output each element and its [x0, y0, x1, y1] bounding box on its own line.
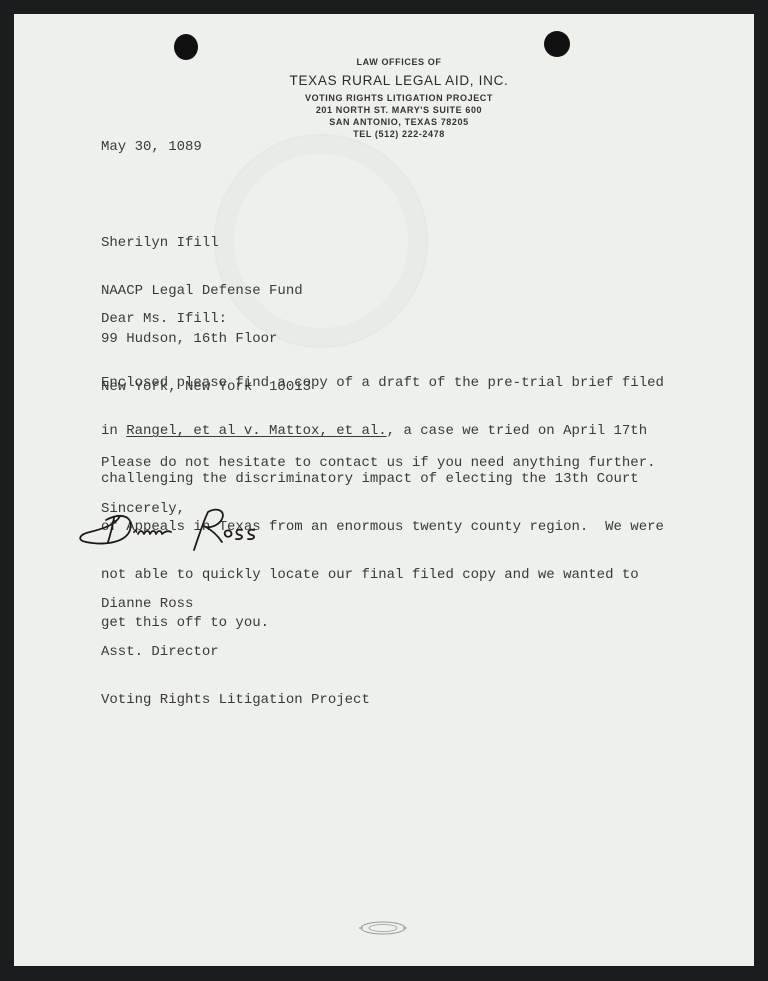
recipient-name: Sherilyn Ifill	[101, 235, 311, 251]
recipient-organization: NAACP Legal Defense Fund	[101, 283, 311, 299]
signer-name: Dianne Ross	[101, 596, 370, 612]
signature-block: Dianne Ross Asst. Director Voting Rights…	[101, 564, 370, 740]
letterhead-law-offices: LAW OFFICES OF	[44, 56, 754, 68]
line-suffix: , a case we tried on April 17th	[387, 423, 647, 439]
paragraph-2: Please do not hesitate to contact us if …	[101, 455, 656, 471]
letter-date: May 30, 1089	[101, 139, 202, 155]
letterhead-street: 201 NORTH ST. MARY'S SUITE 600	[44, 104, 754, 116]
letterhead-city: SAN ANTONIO, TEXAS 78205	[44, 116, 754, 128]
letterhead: LAW OFFICES OF TEXAS RURAL LEGAL AID, IN…	[14, 56, 754, 140]
signer-department: Voting Rights Litigation Project	[101, 692, 370, 708]
paragraph-line: challenging the discriminatory impact of…	[101, 471, 664, 487]
case-name: Rangel, et al v. Mattox, et al.	[126, 423, 386, 439]
signer-title: Asst. Director	[101, 644, 370, 660]
letterhead-organization: TEXAS RURAL LEGAL AID, INC.	[44, 72, 754, 90]
union-label-icon	[357, 920, 409, 936]
letter-page: LAW OFFICES OF TEXAS RURAL LEGAL AID, IN…	[14, 14, 754, 966]
punch-hole-right	[544, 31, 570, 57]
letterhead-project: VOTING RIGHTS LITIGATION PROJECT	[44, 92, 754, 104]
letter-body: May 30, 1089 Sherilyn Ifill NAACP Legal …	[101, 139, 701, 379]
paragraph-line: in Rangel, et al v. Mattox, et al., a ca…	[101, 423, 664, 439]
handwritten-signature	[76, 502, 266, 562]
salutation: Dear Ms. Ifill:	[101, 311, 227, 327]
paragraph-line: Enclosed please find a copy of a draft o…	[101, 375, 664, 391]
line-prefix: in	[101, 423, 126, 439]
